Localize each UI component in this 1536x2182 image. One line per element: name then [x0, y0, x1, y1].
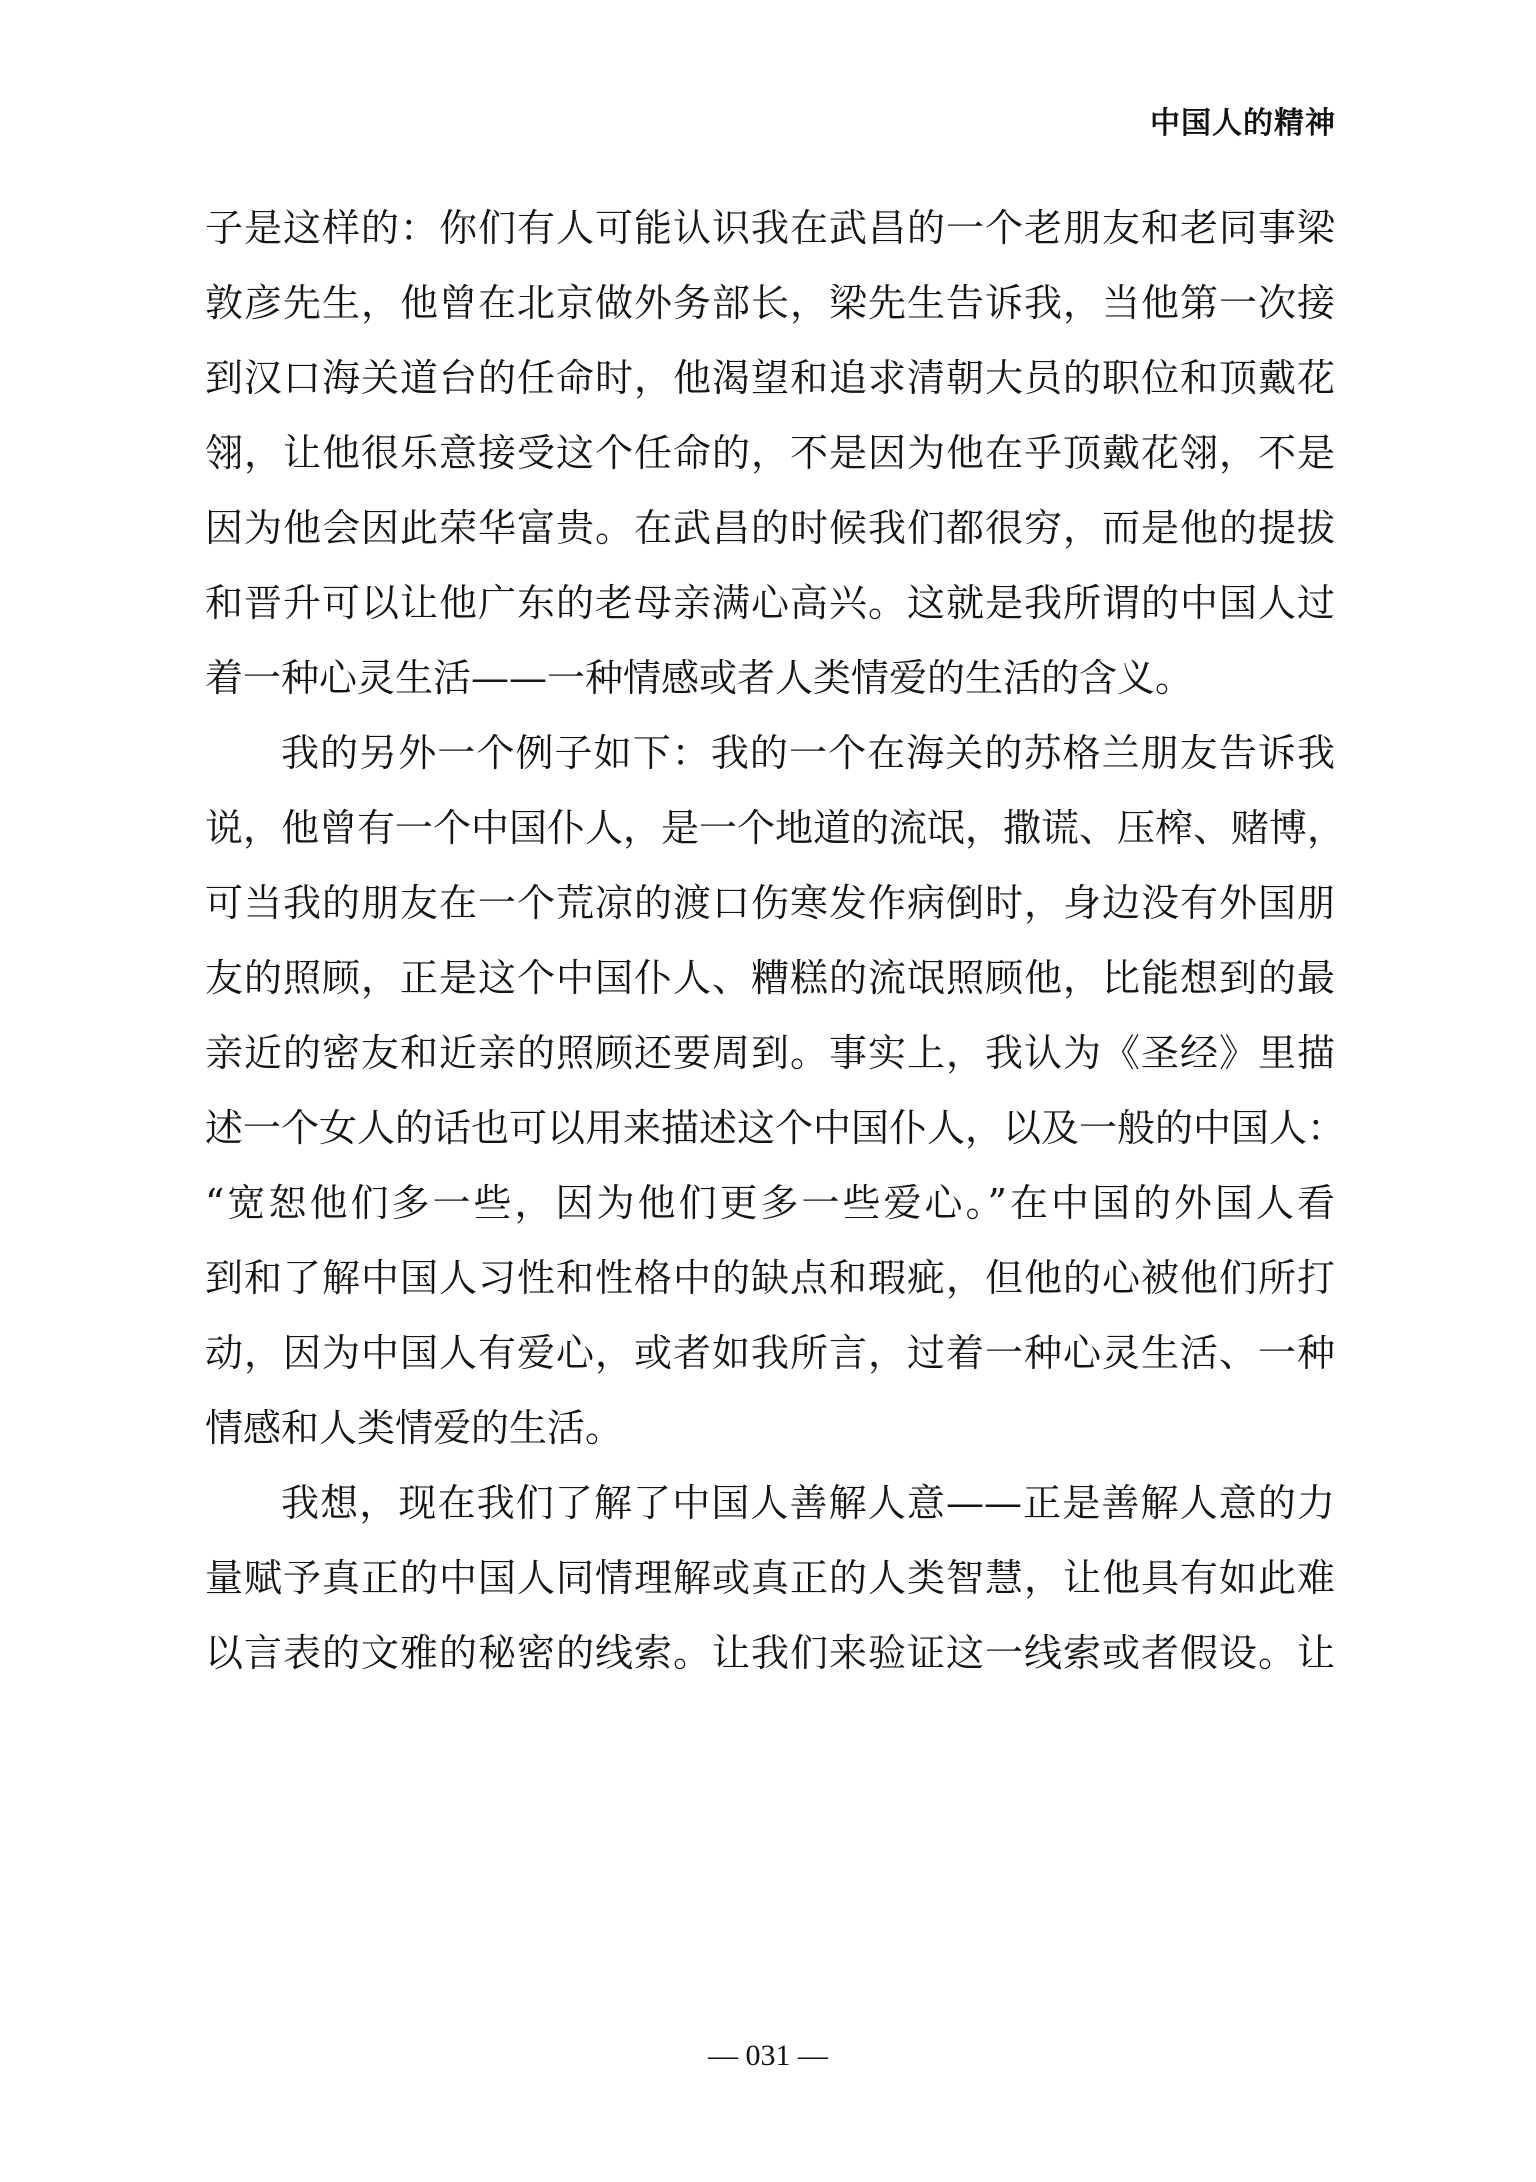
- text-line: 可当我的朋友在一个荒凉的渡口伤寒发作病倒时，身边没有外国朋: [205, 875, 1335, 950]
- text-line: 到和了解中国人习性和性格中的缺点和瑕疵，但他的心被他们所打: [205, 1250, 1335, 1325]
- text-line: 亲近的密友和近亲的照顾还要周到。事实上，我认为《圣经》里描: [205, 1025, 1335, 1100]
- text-line: 我想，现在我们了解了中国人善解人意——正是善解人意的力: [205, 1475, 1335, 1550]
- text-line: 友的照顾，正是这个中国仆人、糟糕的流氓照顾他，比能想到的最: [205, 950, 1335, 1025]
- text-line: 说，他曾有一个中国仆人，是一个地道的流氓，撒谎、压榨、赌博，: [205, 800, 1335, 875]
- text-line: 子是这样的：你们有人可能认识我在武昌的一个老朋友和老同事梁: [205, 200, 1335, 275]
- text-line: 着一种心灵生活——一种情感或者人类情爱的生活的含义。: [205, 650, 1335, 725]
- text-line: 因为他会因此荣华富贵。在武昌的时候我们都很穷，而是他的提拔: [205, 500, 1335, 575]
- text-line: 敦彦先生，他曾在北京做外务部长，梁先生告诉我，当他第一次接: [205, 275, 1335, 350]
- body-text: 子是这样的：你们有人可能认识我在武昌的一个老朋友和老同事梁 敦彦先生，他曾在北京…: [205, 200, 1335, 1700]
- text-line: 和晋升可以让他广东的老母亲满心高兴。这就是我所谓的中国人过: [205, 575, 1335, 650]
- text-line: 我的另外一个例子如下：我的一个在海关的苏格兰朋友告诉我: [205, 725, 1335, 800]
- text-line: “宽恕他们多一些，因为他们更多一些爱心。”在中国的外国人看: [205, 1175, 1335, 1250]
- text-line: 情感和人类情爱的生活。: [205, 1400, 1335, 1475]
- text-line: 量赋予真正的中国人同情理解或真正的人类智慧，让他具有如此难: [205, 1550, 1335, 1625]
- text-line: 动，因为中国人有爱心，或者如我所言，过着一种心灵生活、一种: [205, 1325, 1335, 1400]
- text-line: 以言表的文雅的秘密的线索。让我们来验证这一线索或者假设。让: [205, 1625, 1335, 1700]
- text-line: 翎，让他很乐意接受这个任命的，不是因为他在乎顶戴花翎，不是: [205, 425, 1335, 500]
- text-line: 述一个女人的话也可以用来描述这个中国仆人，以及一般的中国人：: [205, 1100, 1335, 1175]
- running-header-title: 中国人的精神: [1150, 104, 1336, 144]
- page-number: — 031 —: [0, 2036, 1536, 2076]
- text-line: 到汉口海关道台的任命时，他渴望和追求清朝大员的职位和顶戴花: [205, 350, 1335, 425]
